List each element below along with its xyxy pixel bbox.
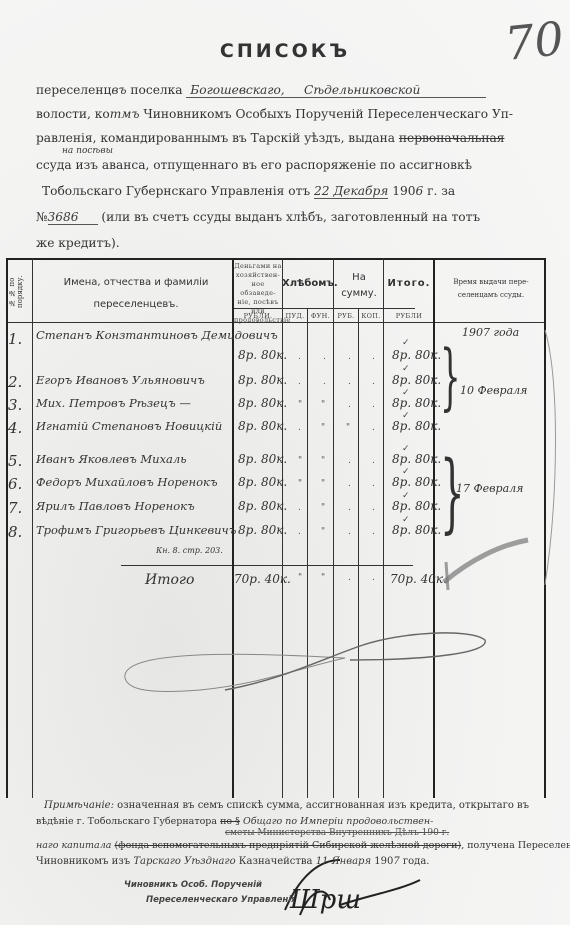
document-page: 70 СПИСОКЪ переселенцвъ поселка Богошевс…: [0, 0, 570, 925]
stamp-line-2: Переселенческаго Управленія: [146, 895, 297, 905]
note-line-2: вѣдѣніе г. Тобольскаго Губернатора по § …: [36, 816, 433, 827]
pen-strokes: [0, 0, 570, 925]
stamp-line-1: Чиновникъ Особ. Порученій: [124, 880, 262, 890]
signature: Шрш: [290, 885, 361, 915]
note-line-4: Чиновникомъ изъ Тарскаго Уѣзднаго Казнач…: [36, 856, 429, 867]
note-line-3: наго капитала (фонда вспомогательныхъ пр…: [36, 840, 570, 851]
note-line-1: Примѣчаніе: означенная въ семъ спискѣ су…: [44, 800, 529, 811]
note-struck-2: сметы Министерства Внутреннихъ Дѣлъ 190 …: [225, 828, 449, 838]
receipt-date: 11 Января: [316, 856, 371, 867]
